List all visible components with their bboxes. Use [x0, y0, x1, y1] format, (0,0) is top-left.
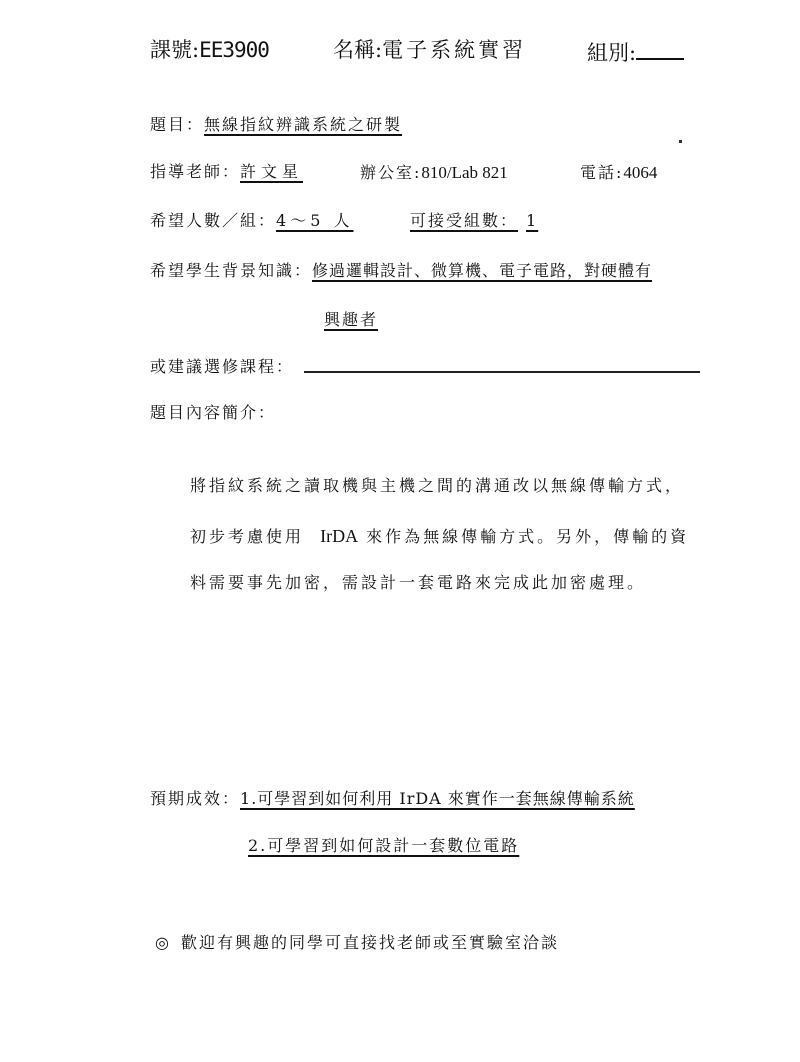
course-code: 課號:EE3900: [150, 40, 269, 61]
phone-label: 電話:: [580, 163, 623, 182]
office-label: 辦公室:: [360, 163, 421, 182]
summary-text-2a: 初步考慮使用: [190, 527, 304, 546]
topic-row: 題目：無線指紋辨識系統之研製: [150, 117, 402, 133]
suggested-courses-label: 或建議選修課程：: [150, 357, 294, 376]
group-number: 組別:: [587, 40, 684, 64]
footer-note: ◎歡迎有興趣的同學可直接找老師或至實驗室洽談: [155, 935, 559, 951]
suggested-courses-row: 或建議選修課程：: [150, 359, 294, 375]
summary-label: 題目內容簡介：: [150, 403, 276, 422]
topic-value: 無線指紋辨識系統之研製: [204, 115, 402, 134]
summary-line-2: 初步考慮使用 IrDA來作為無線傳輸方式。另外，傳輸的資: [190, 527, 689, 545]
document-page: 課號:EE3900 名稱:電子系統實習 組別: 題目：無線指紋辨識系統之研製 指…: [0, 0, 800, 1062]
footer-note-text: 歡迎有興趣的同學可直接找老師或至實驗室洽談: [181, 933, 559, 952]
group-size-row: 希望人數／組：4～5 人 可接受組數：1: [150, 213, 710, 229]
office: 辦公室:810/Lab 821: [360, 164, 508, 181]
accept-groups-label: 可接受組數：: [410, 211, 518, 230]
scan-speck: [679, 140, 682, 143]
background-row: 希望學生背景知識：修過邏輯設計、微算機、電子電路，對硬體有: [150, 263, 652, 279]
advisor-row: 指導老師：許文星 辦公室:810/Lab 821 電話:4064: [150, 164, 710, 180]
double-circle-icon: ◎: [155, 933, 171, 952]
group-blank: [636, 40, 684, 60]
outcome-item-2: 2.可學習到如何設計一套數位電路: [248, 836, 519, 855]
outcomes-label: 預期成效：: [150, 789, 240, 808]
background-label: 希望學生背景知識：: [150, 261, 312, 280]
group-size-value: 4～5 人: [276, 211, 353, 230]
summary-text-irda: IrDA: [320, 526, 358, 546]
summary-line-1: 將指紋系統之讀取機與主機之間的溝通改以無線傳輸方式，: [190, 478, 684, 494]
advisor-value: 許文星: [240, 162, 303, 181]
background-value-line2: 興趣者: [324, 310, 378, 329]
advisor-label: 指導老師：: [150, 162, 240, 181]
group-size-label: 希望人數／組：: [150, 211, 276, 230]
summary-line-3: 料需要事先加密，需設計一套電路來完成此加密處理。: [190, 575, 646, 591]
outcomes-row: 預期成效：1.可學習到如何利用 IrDA 來實作一套無線傳輸系統: [150, 791, 635, 807]
course-code-label: 課號:: [150, 38, 199, 62]
course-name: 名稱:電子系統實習: [333, 40, 526, 61]
background-row-continued: 興趣者: [324, 312, 378, 328]
course-code-value: EE3900: [199, 38, 269, 62]
course-name-label: 名稱:: [333, 38, 382, 62]
outcome-item-1: 1.可學習到如何利用 IrDA 來實作一套無線傳輸系統: [240, 789, 635, 808]
office-value: 810/Lab 821: [421, 163, 507, 182]
accept-groups-value: 1: [518, 211, 544, 230]
suggested-courses-blank: [304, 371, 700, 373]
summary-label-row: 題目內容簡介：: [150, 405, 276, 421]
summary-text-1: 將指紋系統之讀取機與主機之間的溝通改以無線傳輸方式，: [190, 476, 684, 495]
summary-text-3: 料需要事先加密，需設計一套電路來完成此加密處理。: [190, 573, 646, 592]
outcomes-row-2: 2.可學習到如何設計一套數位電路: [248, 838, 519, 854]
accept-groups: 可接受組數：1: [410, 213, 544, 229]
phone: 電話:4064: [580, 164, 657, 181]
summary-text-2b: 來作為無線傳輸方式。另外，傳輸的資: [366, 527, 689, 546]
background-value-line1: 修過邏輯設計、微算機、電子電路，對硬體有: [312, 261, 652, 280]
phone-value: 4064: [623, 163, 657, 182]
course-name-value: 電子系統實習: [382, 38, 526, 62]
topic-label: 題目：: [150, 115, 204, 134]
group-label: 組別:: [587, 41, 636, 65]
